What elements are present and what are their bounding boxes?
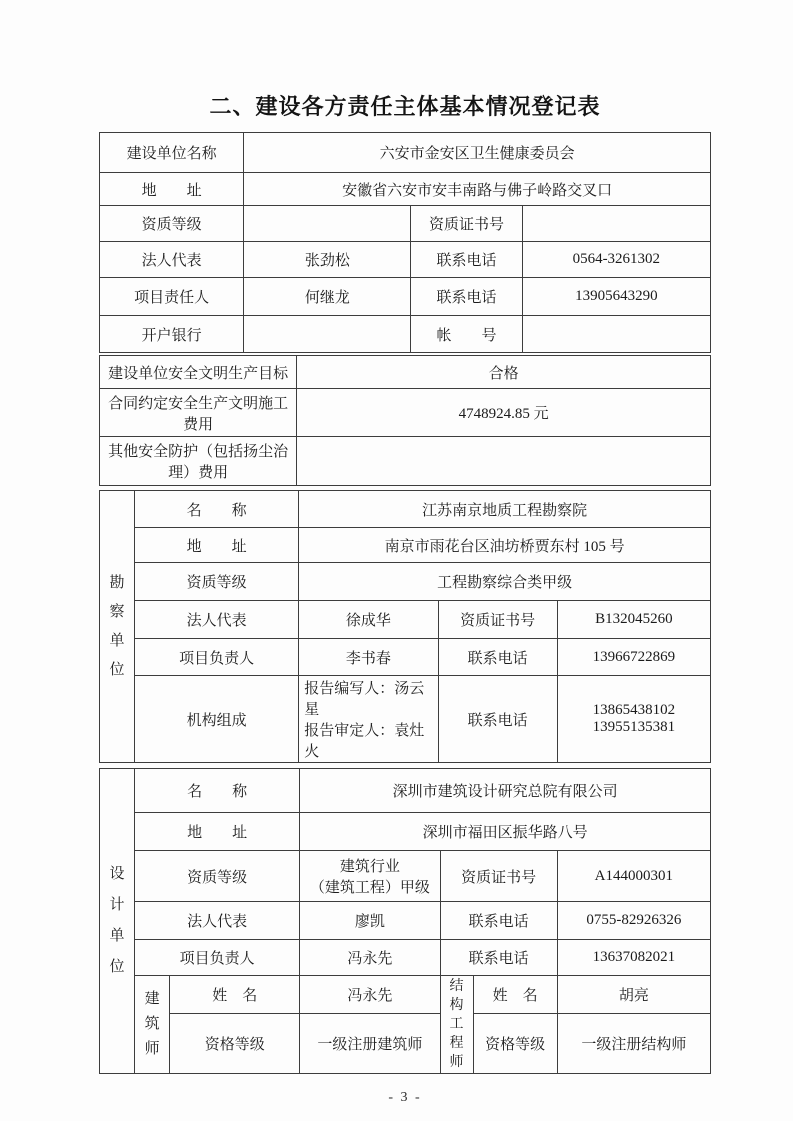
- structural-grade-label: 资格等级: [473, 1014, 557, 1074]
- design-phone1-label: 联系电话: [440, 902, 557, 940]
- survey-unit-table: 勘 察 单 位 名 称 江苏南京地质工程勘察院 地 址 南京市雨花台区油坊桥贾东…: [99, 490, 711, 763]
- table-row: 合同约定安全生产文明施工 费用 4748924.85 元: [100, 389, 711, 437]
- owner-account-label: 帐 号: [411, 316, 522, 353]
- document-page: 二、建设各方责任主体基本情况登记表 建设单位名称 六安市金安区卫生健康委员会 地…: [0, 0, 793, 1121]
- architect-name-value: 冯永先: [300, 976, 440, 1014]
- owner-qualification-label: 资质等级: [100, 206, 244, 242]
- design-phone2-label: 联系电话: [440, 940, 557, 976]
- design-pm-label: 项目负责人: [135, 940, 300, 976]
- survey-phone1-label: 联系电话: [438, 639, 557, 676]
- owner-qualification-value: [244, 206, 411, 242]
- table-row: 设 计 单 位 名 称 深圳市建筑设计研究总院有限公司: [100, 769, 711, 813]
- architect-grade-label: 资格等级: [170, 1014, 300, 1074]
- owner-legal-rep-value: 张劲松: [244, 242, 411, 278]
- survey-pm-label: 项目负责人: [135, 639, 299, 676]
- survey-org-label: 机构组成: [135, 676, 299, 763]
- table-row: 资质等级 工程勘察综合类甲级: [100, 563, 711, 601]
- safety-target-label: 建设单位安全文明生产目标: [100, 356, 297, 389]
- survey-phone1-value: 13966722869: [557, 639, 710, 676]
- owner-legal-rep-label: 法人代表: [100, 242, 244, 278]
- design-phone2-value: 13637082021: [557, 940, 710, 976]
- design-name-label: 名 称: [135, 769, 300, 813]
- survey-certificate-label: 资质证书号: [438, 601, 557, 639]
- other-protection-value: [297, 437, 711, 486]
- owner-pm-label: 项目责任人: [100, 278, 244, 316]
- table-row: 勘 察 单 位 名 称 江苏南京地质工程勘察院: [100, 491, 711, 528]
- survey-name-label: 名 称: [135, 491, 299, 528]
- design-qualification-value: 建筑行业 （建筑工程）甲级: [300, 851, 440, 902]
- owner-certificate-value: [522, 206, 710, 242]
- design-pm-value: 冯永先: [300, 940, 440, 976]
- safety-target-value: 合格: [297, 356, 711, 389]
- table-row: 项目负责人 李书春 联系电话 13966722869: [100, 639, 711, 676]
- structural-name-label: 姓 名: [473, 976, 557, 1014]
- table-row: 资格等级 一级注册建筑师 资格等级 一级注册结构师: [100, 1014, 711, 1074]
- survey-address-label: 地 址: [135, 528, 299, 563]
- owner-certificate-label: 资质证书号: [411, 206, 522, 242]
- owner-address-value: 安徽省六安市安丰南路与佛子岭路交叉口: [244, 173, 711, 206]
- design-address-label: 地 址: [135, 813, 300, 851]
- owner-safety-table: 建设单位安全文明生产目标 合格 合同约定安全生产文明施工 费用 4748924.…: [99, 355, 711, 486]
- other-protection-label: 其他安全防护（包括扬尘治 理）费用: [100, 437, 297, 486]
- structural-name-value: 胡亮: [557, 976, 710, 1014]
- table-row: 法人代表 廖凯 联系电话 0755-82926326: [100, 902, 711, 940]
- owner-account-value: [522, 316, 710, 353]
- table-row: 项目负责人 冯永先 联系电话 13637082021: [100, 940, 711, 976]
- survey-org-value: 报告编写人：汤云星 报告审定人：袁灶火: [299, 676, 438, 763]
- survey-unit-strip: 勘 察 单 位: [100, 491, 135, 763]
- owner-name-label: 建设单位名称: [100, 133, 244, 173]
- design-name-value: 深圳市建筑设计研究总院有限公司: [300, 769, 711, 813]
- table-row: 建 筑 师 姓 名 冯永先 结 构 工 程 师 姓 名 胡亮: [100, 976, 711, 1014]
- structural-grade-value: 一级注册结构师: [557, 1014, 710, 1074]
- page-title: 二、建设各方责任主体基本情况登记表: [99, 90, 711, 121]
- design-certificate-label: 资质证书号: [440, 851, 557, 902]
- survey-qualification-value: 工程勘察综合类甲级: [299, 563, 711, 601]
- design-phone1-value: 0755-82926326: [557, 902, 710, 940]
- owner-info-table: 建设单位名称 六安市金安区卫生健康委员会 地 址 安徽省六安市安丰南路与佛子岭路…: [99, 132, 711, 353]
- survey-pm-value: 李书春: [299, 639, 438, 676]
- table-row: 开户银行 帐 号: [100, 316, 711, 353]
- owner-phone1-label: 联系电话: [411, 242, 522, 278]
- design-unit-strip: 设 计 单 位: [100, 769, 135, 1074]
- owner-phone2-label: 联系电话: [411, 278, 522, 316]
- architect-role-strip: 建 筑 师: [135, 976, 170, 1074]
- contract-fee-label: 合同约定安全生产文明施工 费用: [100, 389, 297, 437]
- table-row: 项目责任人 何继龙 联系电话 13905643290: [100, 278, 711, 316]
- owner-bank-label: 开户银行: [100, 316, 244, 353]
- architect-grade-value: 一级注册建筑师: [300, 1014, 440, 1074]
- design-qualification-label: 资质等级: [135, 851, 300, 902]
- design-unit-table: 设 计 单 位 名 称 深圳市建筑设计研究总院有限公司 地 址 深圳市福田区振华…: [99, 768, 711, 1074]
- design-legal-rep-value: 廖凯: [300, 902, 440, 940]
- owner-bank-value: [244, 316, 411, 353]
- table-row: 法人代表 张劲松 联系电话 0564-3261302: [100, 242, 711, 278]
- architect-name-label: 姓 名: [170, 976, 300, 1014]
- survey-phone2-value: 13865438102 13955135381: [557, 676, 710, 763]
- owner-phone2-value: 13905643290: [522, 278, 710, 316]
- table-row: 地 址 南京市雨花台区油坊桥贾东村 105 号: [100, 528, 711, 563]
- survey-certificate-value: B132045260: [557, 601, 710, 639]
- design-address-value: 深圳市福田区振华路八号: [300, 813, 711, 851]
- survey-phone2-label: 联系电话: [438, 676, 557, 763]
- table-row: 地 址 安徽省六安市安丰南路与佛子岭路交叉口: [100, 173, 711, 206]
- design-certificate-value: A144000301: [557, 851, 710, 902]
- table-row: 法人代表 徐成华 资质证书号 B132045260: [100, 601, 711, 639]
- survey-address-value: 南京市雨花台区油坊桥贾东村 105 号: [299, 528, 711, 563]
- survey-legal-rep-value: 徐成华: [299, 601, 438, 639]
- table-row: 资质等级 资质证书号: [100, 206, 711, 242]
- design-legal-rep-label: 法人代表: [135, 902, 300, 940]
- structural-role-strip: 结 构 工 程 师: [440, 976, 473, 1074]
- table-row: 资质等级 建筑行业 （建筑工程）甲级 资质证书号 A144000301: [100, 851, 711, 902]
- table-row: 地 址 深圳市福田区振华路八号: [100, 813, 711, 851]
- contract-fee-value: 4748924.85 元: [297, 389, 711, 437]
- owner-name-value: 六安市金安区卫生健康委员会: [244, 133, 711, 173]
- page-number: - 3 -: [99, 1090, 711, 1106]
- table-row: 建设单位名称 六安市金安区卫生健康委员会: [100, 133, 711, 173]
- survey-legal-rep-label: 法人代表: [135, 601, 299, 639]
- table-row: 建设单位安全文明生产目标 合格: [100, 356, 711, 389]
- table-row: 机构组成 报告编写人：汤云星 报告审定人：袁灶火 联系电话 1386543810…: [100, 676, 711, 763]
- survey-name-value: 江苏南京地质工程勘察院: [299, 491, 711, 528]
- survey-qualification-label: 资质等级: [135, 563, 299, 601]
- table-row: 其他安全防护（包括扬尘治 理）费用: [100, 437, 711, 486]
- owner-phone1-value: 0564-3261302: [522, 242, 710, 278]
- owner-address-label: 地 址: [100, 173, 244, 206]
- owner-pm-value: 何继龙: [244, 278, 411, 316]
